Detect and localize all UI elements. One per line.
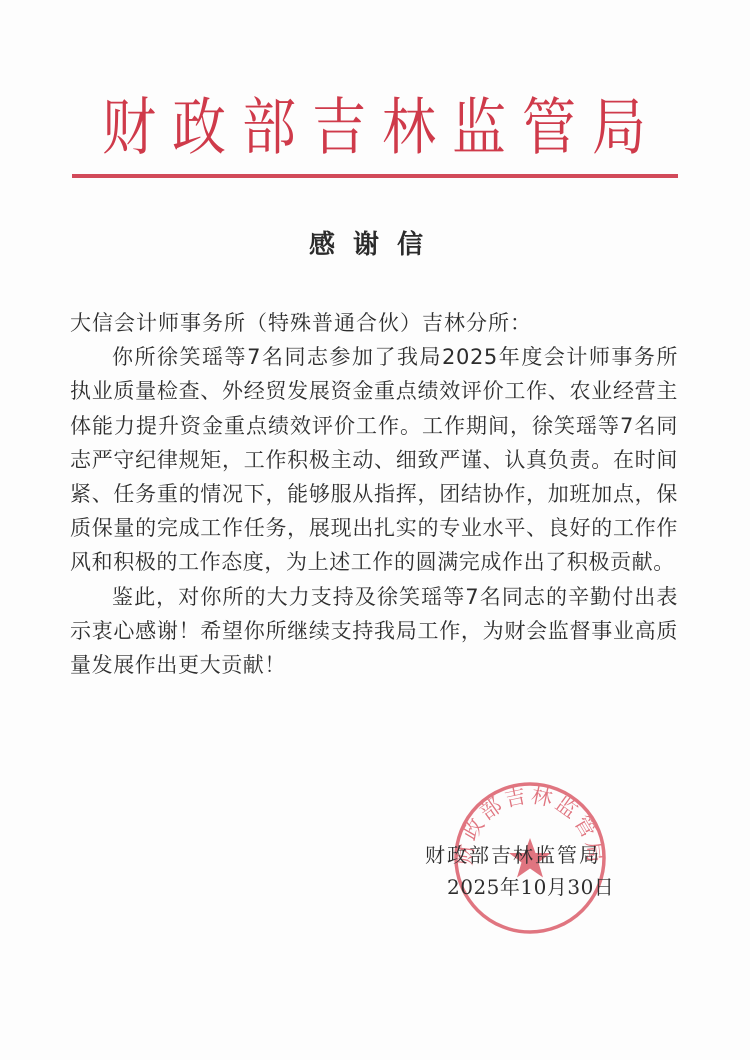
letterhead-char: 局 (592, 97, 646, 159)
body-paragraph: 你所徐笑瑶等7名同志参加了我局2025年度会计师事务所执业质量检查、外经贸发展资… (70, 340, 678, 579)
signature-block: 财政部吉林监管局 2025年10月30日 (425, 840, 625, 904)
letterhead-divider (72, 174, 678, 178)
letterhead-char: 吉 (312, 97, 366, 159)
letter-body: 大信会计师事务所（特殊普通合伙）吉林分所： 你所徐笑瑶等7名同志参加了我局202… (70, 306, 678, 682)
letterhead-char: 林 (382, 97, 436, 159)
letterhead-char: 管 (522, 97, 576, 159)
letterhead-char: 部 (242, 97, 296, 159)
letterhead: 财 政 部 吉 林 监 管 局 (72, 88, 678, 168)
signature-date: 2025年10月30日 (447, 870, 625, 904)
letterhead-char: 政 (172, 97, 226, 159)
letterhead-char: 监 (452, 97, 506, 159)
signature-organization: 财政部吉林监管局 (425, 840, 625, 870)
salutation: 大信会计师事务所（特殊普通合伙）吉林分所： (70, 306, 678, 340)
letterhead-char: 财 (102, 97, 156, 159)
body-paragraph: 鉴此，对你所的大力支持及徐笑瑶等7名同志的辛勤付出表示衷心感谢！希望你所继续支持… (70, 580, 678, 683)
letter-title: 感谢信 (0, 224, 750, 261)
letter-page: 财 政 部 吉 林 监 管 局 感谢信 大信会计师事务所（特殊普通合伙）吉林分所… (0, 0, 750, 1060)
